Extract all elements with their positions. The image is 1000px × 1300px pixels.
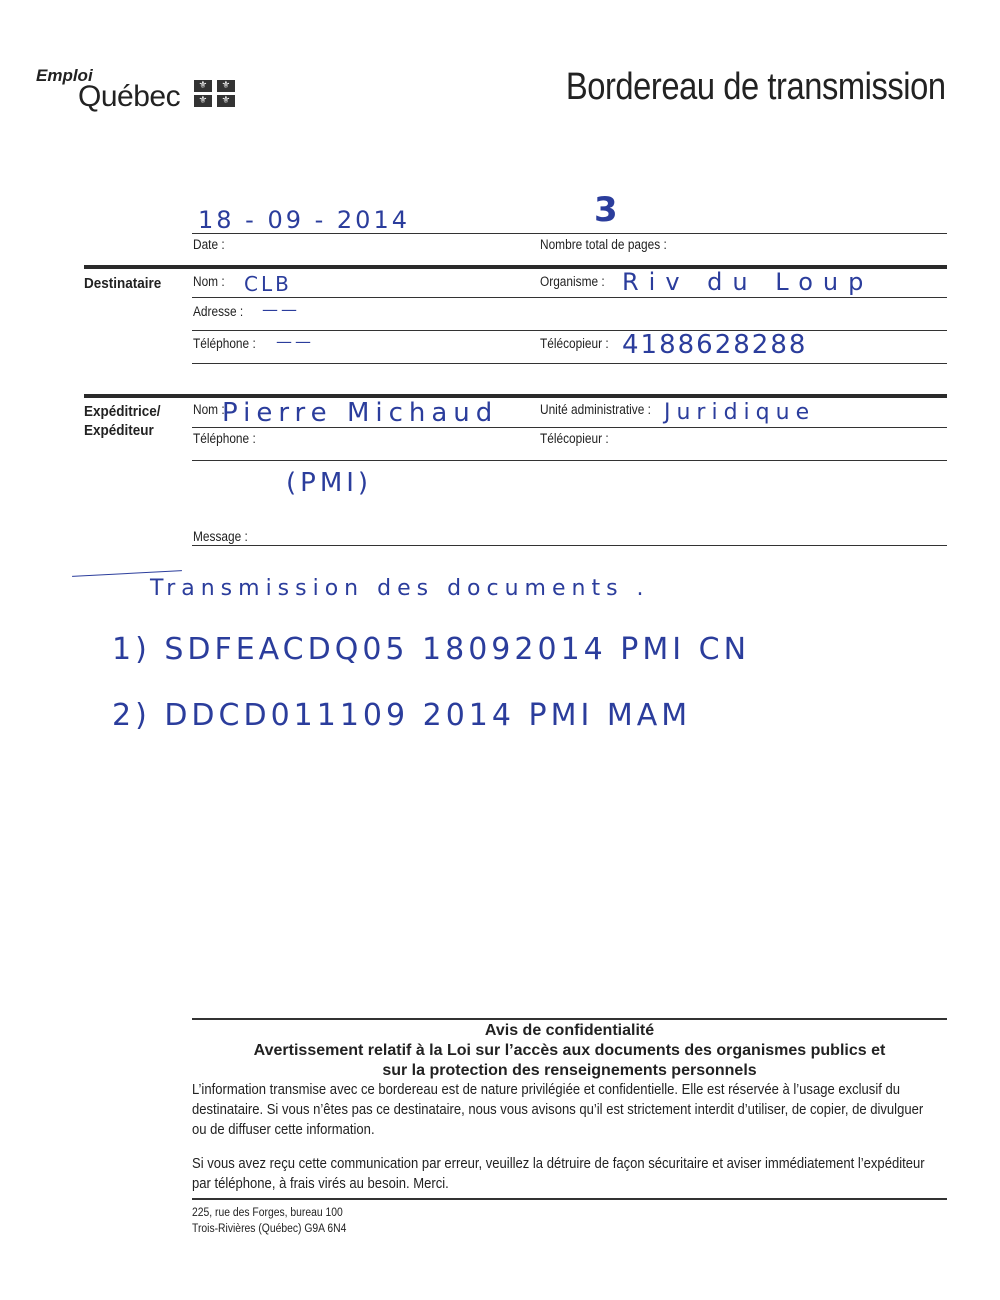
footer-address: 225, rue des Forges, bureau 100 Trois-Ri… [192, 1205, 346, 1237]
message-label: Message : [193, 529, 248, 544]
notice-subtitle: Avertissement relatif à la Loi sur l’acc… [192, 1042, 947, 1060]
recipient-name-label: Nom : [193, 274, 225, 289]
recipient-phone-value[interactable]: —— [276, 332, 314, 351]
notice-subtitle: sur la protection des renseignements per… [192, 1062, 947, 1080]
quebec-flag-icon: ⚜ ⚜ ⚜ ⚜ [194, 80, 236, 108]
fleur-de-lis-icon: ⚜ [217, 95, 235, 107]
footer-address-line2: Trois-Rivières (Québec) G9A 6N4 [192, 1221, 346, 1237]
divider [192, 1198, 947, 1200]
sender-fax-label: Télécopieur : [540, 431, 609, 446]
unit-label: Unité administrative : [540, 402, 651, 417]
address-value[interactable]: —— [262, 300, 300, 319]
recipient-phone-label: Téléphone : [193, 336, 256, 351]
divider [192, 297, 947, 298]
organisme-label: Organisme : [540, 274, 605, 289]
fleur-de-lis-icon: ⚜ [194, 95, 212, 107]
message-line[interactable]: 2) DDCD011109 2014 PMI MAM [112, 698, 691, 733]
date-value[interactable]: 18 - 09 - 2014 [198, 206, 410, 234]
organisme-value[interactable]: Riv du Loup [622, 268, 873, 296]
recipient-name-value[interactable]: CLB [244, 272, 292, 296]
recipient-fax-label: Télécopieur : [540, 336, 609, 351]
unit-value[interactable]: Juridique [664, 400, 815, 425]
fleur-de-lis-icon: ⚜ [217, 80, 235, 92]
fleur-de-lis-icon: ⚜ [194, 80, 212, 92]
sender-section-label: Expéditrice/ Expéditeur [84, 402, 161, 440]
document-title: Bordereau de transmission [566, 66, 946, 109]
divider [192, 545, 947, 546]
divider [192, 1018, 947, 1020]
notice-paragraph: L’information transmise avec ce borderea… [192, 1080, 930, 1140]
notice-paragraph: Si vous avez reçu cette communication pa… [192, 1154, 930, 1194]
message-line[interactable]: Transmission des documents . [150, 576, 650, 601]
pages-value[interactable]: 3 [594, 190, 621, 230]
message-line[interactable]: 1) SDFEACDQ05 18092014 PMI CN [112, 632, 750, 667]
sender-name-value[interactable]: Pierre Michaud [222, 398, 498, 428]
divider [192, 233, 947, 234]
notice-title: Avis de confidentialité [192, 1022, 947, 1040]
recipient-fax-value[interactable]: 4188628288 [622, 330, 807, 360]
address-label: Adresse : [193, 304, 243, 319]
date-label: Date : [193, 237, 225, 252]
sender-section-label-line1: Expéditrice/ [84, 402, 161, 421]
pages-label: Nombre total de pages : [540, 237, 667, 252]
divider [192, 460, 947, 461]
divider [192, 427, 947, 428]
sender-section-label-line2: Expéditeur [84, 421, 161, 440]
sender-initials-value[interactable]: (PMI) [286, 468, 372, 498]
sender-name-label: Nom : [193, 402, 225, 417]
divider [192, 363, 947, 364]
recipient-section-label: Destinataire [84, 274, 161, 293]
logo-quebec: Québec [78, 80, 180, 114]
divider [192, 330, 947, 331]
section-divider [84, 394, 947, 398]
sender-phone-label: Téléphone : [193, 431, 256, 446]
footer-address-line1: 225, rue des Forges, bureau 100 [192, 1205, 346, 1221]
